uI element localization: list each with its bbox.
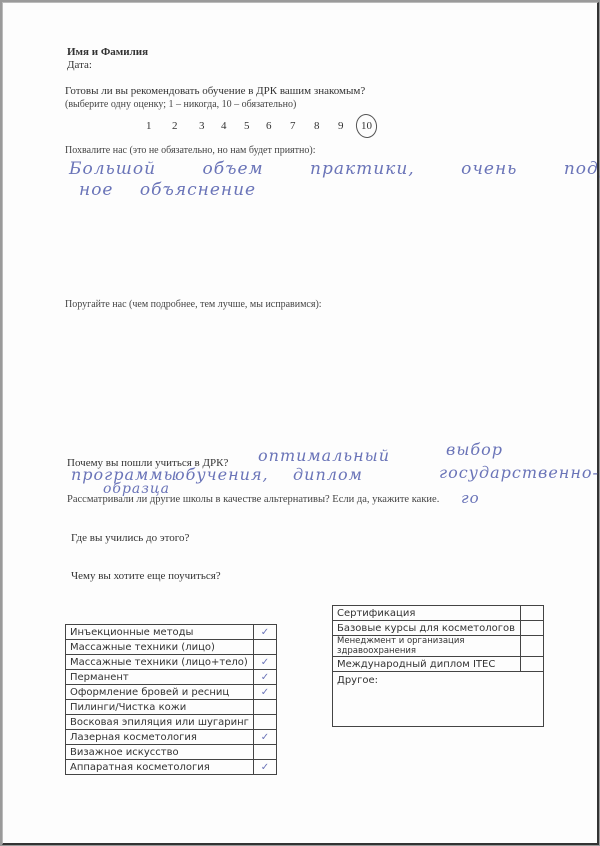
course-label: Восковая эпиляция или шугаринг	[66, 715, 254, 730]
course-label: Лазерная косметология	[66, 730, 254, 745]
rating-option[interactable]: 8	[314, 120, 320, 132]
course-label: Оформление бровей и ресниц	[66, 685, 254, 700]
table-row[interactable]: Визажное искусство	[66, 745, 277, 760]
other-label: Другое:	[337, 675, 378, 686]
table-row[interactable]: Аппаратная косметология✓	[66, 760, 277, 775]
course-label: Менеджмент и организация здравоохранения	[333, 636, 521, 657]
table-row[interactable]: Инъекционные методы✓	[66, 625, 277, 640]
table-row[interactable]: Массажные техники (лицо+тело)✓	[66, 655, 277, 670]
rating-option[interactable]: 1	[146, 120, 152, 132]
course-checkbox[interactable]	[521, 657, 544, 672]
courses-table-left: Инъекционные методы✓ Массажные техники (…	[65, 624, 277, 775]
praise-answer-line1: Большой объем практики, очень подроб-	[69, 159, 600, 179]
rating-option[interactable]: 3	[199, 120, 205, 132]
previous-question: Где вы учились до этого?	[71, 532, 189, 544]
course-label: Международный диплом ITEC	[333, 657, 521, 672]
table-row[interactable]: Сертификация	[333, 606, 544, 621]
course-checkbox[interactable]	[254, 745, 277, 760]
survey-page: Имя и Фамилия Дата: Готовы ли вы рекомен…	[2, 2, 599, 845]
rating-option[interactable]: 9	[338, 120, 344, 132]
course-checkbox[interactable]: ✓	[254, 625, 277, 640]
why-answer-1a: оптимальный	[258, 446, 390, 465]
course-checkbox[interactable]: ✓	[254, 685, 277, 700]
table-row[interactable]: Менеджмент и организация здравоохранения	[333, 636, 544, 657]
course-checkbox[interactable]: ✓	[254, 670, 277, 685]
course-label: Аппаратная косметология	[66, 760, 254, 775]
date-label: Дата:	[67, 59, 92, 71]
course-checkbox[interactable]	[521, 621, 544, 636]
course-checkbox[interactable]	[254, 715, 277, 730]
table-row[interactable]: Базовые курсы для косметологов	[333, 621, 544, 636]
criticism-question: Поругайте нас (чем подробнее, тем лучше,…	[65, 299, 322, 310]
course-label: Массажные техники (лицо)	[66, 640, 254, 655]
rating-option[interactable]: 7	[290, 120, 296, 132]
table-row[interactable]: Массажные техники (лицо)	[66, 640, 277, 655]
praise-answer-line2: ное объяснение	[79, 180, 256, 200]
praise-question: Похвалите нас (это не обязательно, но на…	[65, 145, 315, 156]
recommend-hint: (выберите одну оценку; 1 – никогда, 10 –…	[65, 99, 296, 110]
table-row[interactable]: Международный диплом ITEC	[333, 657, 544, 672]
table-row[interactable]: Восковая эпиляция или шугаринг	[66, 715, 277, 730]
other-row[interactable]: Другое:	[333, 672, 544, 727]
why-answer-2b: обучения,	[175, 465, 269, 484]
course-label: Базовые курсы для косметологов	[333, 621, 521, 636]
rating-option[interactable]: 5	[244, 120, 250, 132]
wish-question: Чему вы хотите еще поучиться?	[71, 570, 221, 582]
course-checkbox[interactable]	[521, 606, 544, 621]
rating-option[interactable]: 2	[172, 120, 178, 132]
why-answer-2c: диплом	[293, 465, 363, 484]
course-checkbox[interactable]	[254, 640, 277, 655]
table-row[interactable]: Пилинги/Чистка кожи	[66, 700, 277, 715]
course-label: Пилинги/Чистка кожи	[66, 700, 254, 715]
recommend-question: Готовы ли вы рекомендовать обучение в ДР…	[65, 85, 365, 97]
other-field[interactable]: Другое:	[333, 672, 544, 727]
table-row[interactable]: Лазерная косметология✓	[66, 730, 277, 745]
course-checkbox[interactable]: ✓	[254, 655, 277, 670]
course-checkbox[interactable]	[521, 636, 544, 657]
rating-option[interactable]: 6	[266, 120, 272, 132]
courses-table-right: Сертификация Базовые курсы для косметоло…	[332, 605, 544, 727]
table-row[interactable]: Оформление бровей и ресниц✓	[66, 685, 277, 700]
course-label: Сертификация	[333, 606, 521, 621]
course-label: Массажные техники (лицо+тело)	[66, 655, 254, 670]
why-answer-3b: го	[461, 489, 480, 507]
course-label: Перманент	[66, 670, 254, 685]
why-answer-1b: выбор	[446, 440, 503, 459]
course-checkbox[interactable]	[254, 700, 277, 715]
course-label: Визажное искусство	[66, 745, 254, 760]
name-label: Имя и Фамилия	[67, 46, 148, 58]
course-checkbox[interactable]: ✓	[254, 760, 277, 775]
course-label: Инъекционные методы	[66, 625, 254, 640]
selected-rating-circle	[354, 112, 379, 139]
alternatives-question: Рассматривали ли другие школы в качестве…	[67, 494, 439, 505]
table-row[interactable]: Перманент✓	[66, 670, 277, 685]
course-checkbox[interactable]: ✓	[254, 730, 277, 745]
rating-option[interactable]: 4	[221, 120, 227, 132]
why-answer-2d: государственно-	[439, 463, 599, 482]
